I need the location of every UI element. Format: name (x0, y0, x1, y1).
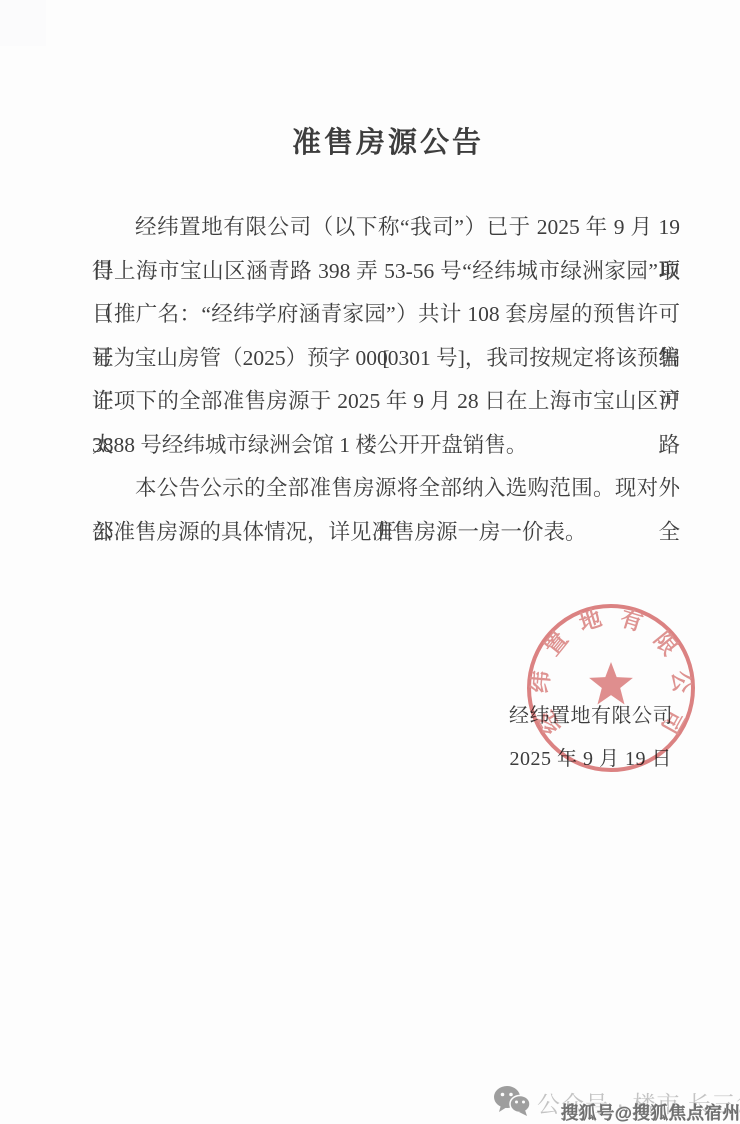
paragraph1-line: 经纬置地有限公司（以下称“我司”）已于 2025 年 9 月 19 日取 (92, 206, 680, 250)
seal-ring-char: 有 (616, 606, 646, 636)
paragraph1-line: 证项下的全部准售房源于 2025 年 9 月 28 日在上海市宝山区沪太路 (92, 380, 680, 424)
seal-ring-char: 经 (533, 706, 566, 739)
wechat-icon (493, 1085, 531, 1117)
document-page: 准售房源公告 经纬置地有限公司（以下称“我司”）已于 2025 年 9 月 19… (0, 0, 740, 1124)
sohu-watermark-text: 搜狐号@搜狐焦点宿州站 (561, 1100, 740, 1124)
document-body: 经纬置地有限公司（以下称“我司”）已于 2025 年 9 月 19 日取 得上海… (92, 206, 680, 554)
seal-ring-char: 纬 (528, 669, 554, 695)
seal-ring-char: 公 (668, 669, 694, 695)
paragraph1-line: 得上海市宝山区涵青路 398 弄 53-56 号“经纬城市绿洲家园”项目 (92, 250, 680, 294)
star-icon (588, 658, 634, 712)
scan-corner-artifact (0, 0, 46, 46)
paragraph1-line: （推广名：“经纬学府涵青家园”）共计 108 套房屋的预售许可证[编 (92, 293, 680, 337)
company-seal-stamp: 经纬置地有限公司 (527, 604, 695, 772)
seal-ring-char: 置 (540, 627, 574, 661)
seal-ring-char: 地 (576, 606, 606, 636)
paragraph2-line: 本公告公示的全部准售房源将全部纳入选购范围。现对外公开全 (92, 467, 680, 511)
paragraph1-line: 号为宝山房管（2025）预字 0000301 号]，我司按规定将该预售许可 (92, 337, 680, 381)
page-title: 准售房源公告 (18, 120, 740, 161)
seal-ring-char: 司 (656, 706, 689, 739)
seal-ring-char: 限 (649, 627, 683, 661)
